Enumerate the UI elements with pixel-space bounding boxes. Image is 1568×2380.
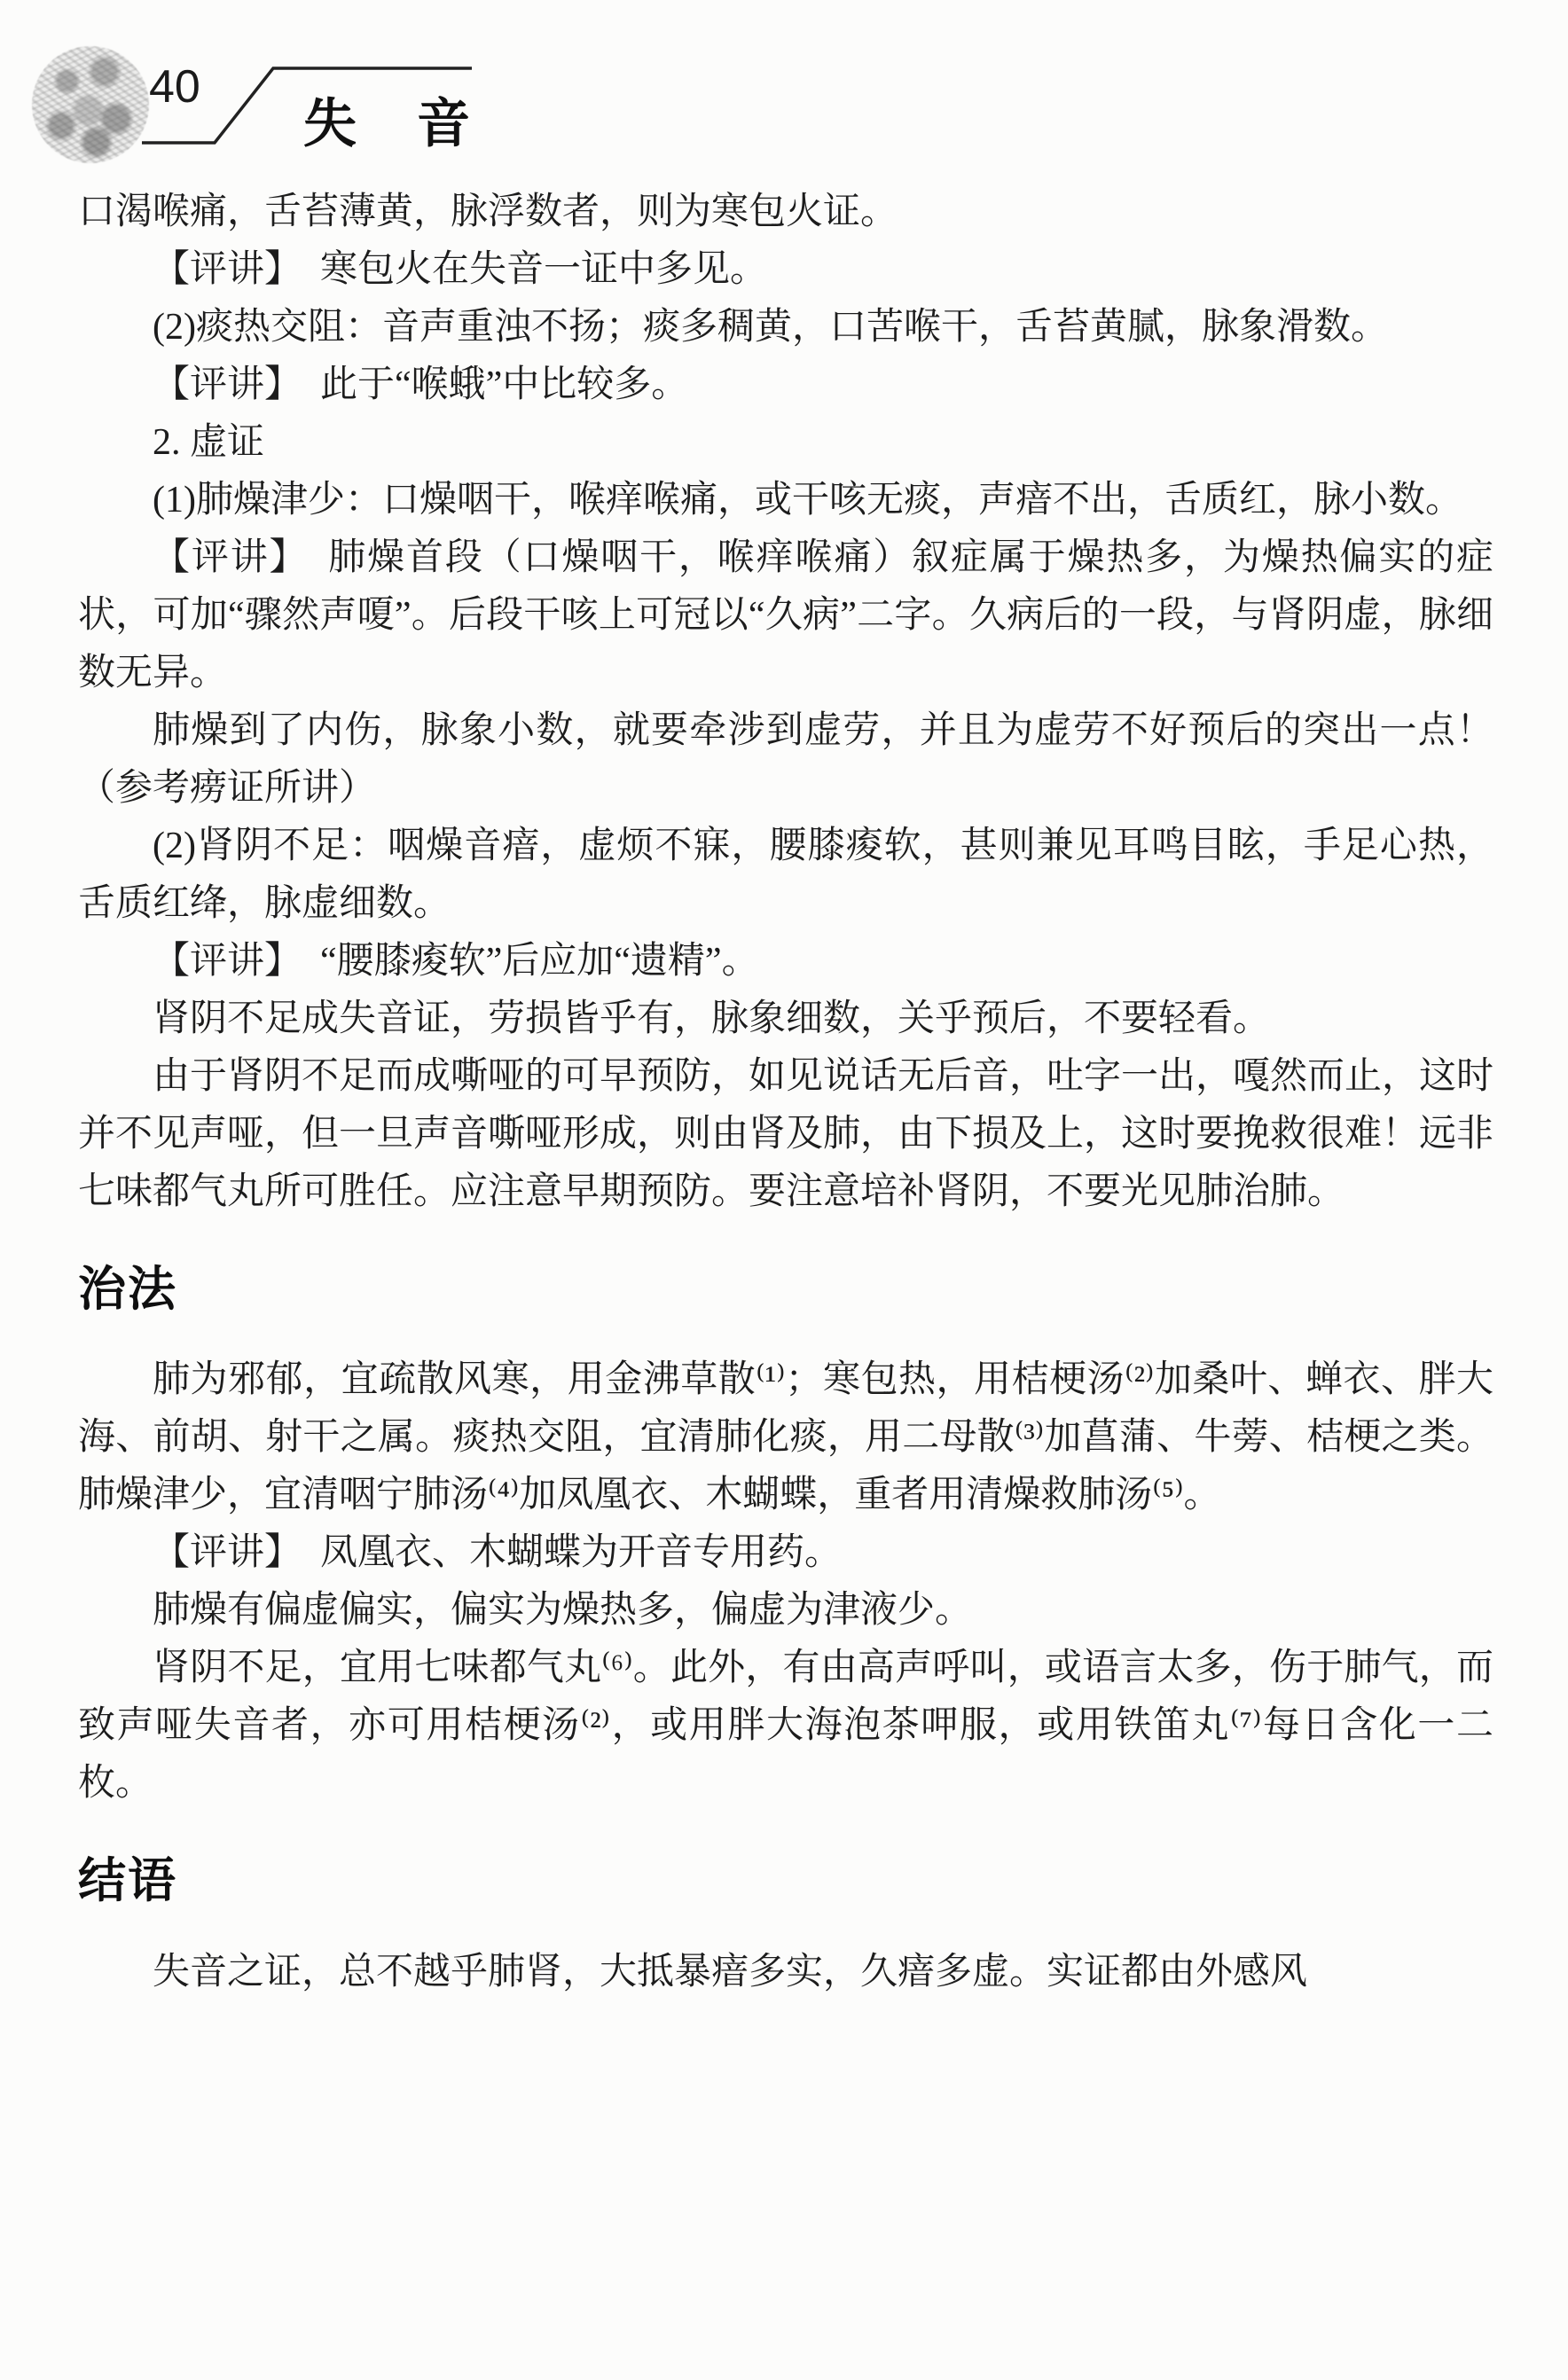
- page-number: 40: [149, 64, 200, 110]
- page-title: 失 音: [303, 98, 474, 151]
- paragraph: 肾阴不足，宜用七味都气丸⁽⁶⁾。此外，有由高声呼叫，或语言太多，伤于肺气，而致声…: [78, 1640, 1494, 1812]
- paragraph: 肺燥有偏虚偏实，偏实为燥热多，偏虚为津液少。: [78, 1582, 1494, 1640]
- paragraph: (2)痰热交阻：音声重浊不扬；痰多稠黄，口苦喉干，舌苔黄腻，脉象滑数。: [78, 299, 1494, 356]
- paragraph: 【评讲】 凤凰衣、木蝴蝶为开音专用药。: [78, 1524, 1494, 1582]
- paragraph: 【评讲】 寒包火在失音一证中多见。: [78, 241, 1494, 299]
- paragraph: 口渴喉痛，舌苔薄黄，脉浮数者，则为寒包火证。: [78, 184, 1494, 241]
- paragraph: 【评讲】 此于“喉蛾”中比较多。: [78, 356, 1494, 414]
- paragraph: 2. 虚证: [78, 414, 1494, 472]
- book-page: 40 失 音 口渴喉痛，舌苔薄黄，脉浮数者，则为寒包火证。【评讲】 寒包火在失音…: [0, 0, 1568, 2380]
- paragraph: 肺为邪郁，宜疏散风寒，用金沸草散⁽¹⁾；寒包热，用桔梗汤⁽²⁾加桑叶、蝉衣、胖大…: [78, 1351, 1494, 1524]
- paragraph: (1)肺燥津少：口燥咽干，喉痒喉痛，或干咳无痰，声瘖不出，舌质红，脉小数。: [78, 472, 1494, 529]
- paragraph: 肾阴不足成失音证，劳损皆乎有，脉象细数，关乎预后，不要轻看。: [78, 990, 1494, 1048]
- document-body: 口渴喉痛，舌苔薄黄，脉浮数者，则为寒包火证。【评讲】 寒包火在失音一证中多见。(…: [0, 182, 1568, 2001]
- header-rule: [0, 0, 532, 182]
- paragraph: 肺燥到了内伤，脉象小数，就要牵涉到虚劳，并且为虚劳不好预后的突出一点！（参考痨证…: [78, 702, 1494, 818]
- paragraph: 【评讲】 “腰膝痠软”后应加“遗精”。: [78, 933, 1494, 990]
- paragraph: 由于肾阴不足而成嘶哑的可早预防，如见说话无后音，吐字一出，嘎然而止，这时并不见声…: [78, 1048, 1494, 1221]
- paragraph: 【评讲】 肺燥首段（口燥咽干，喉痒喉痛）叙症属于燥热多，为燥热偏实的症状，可加“…: [78, 529, 1494, 702]
- paragraph: 失音之证，总不越乎肺肾，大抵暴瘖多实，久瘖多虚。实证都由外感风: [78, 1944, 1494, 2001]
- page-header: 40 失 音: [0, 0, 1568, 182]
- section-heading: 结语: [78, 1855, 1494, 1907]
- paragraph: (2)肾阴不足：咽燥音瘖，虚烦不寐，腰膝痠软，甚则兼见耳鸣目眩，手足心热，舌质红…: [78, 818, 1494, 933]
- section-heading: 治法: [78, 1264, 1494, 1316]
